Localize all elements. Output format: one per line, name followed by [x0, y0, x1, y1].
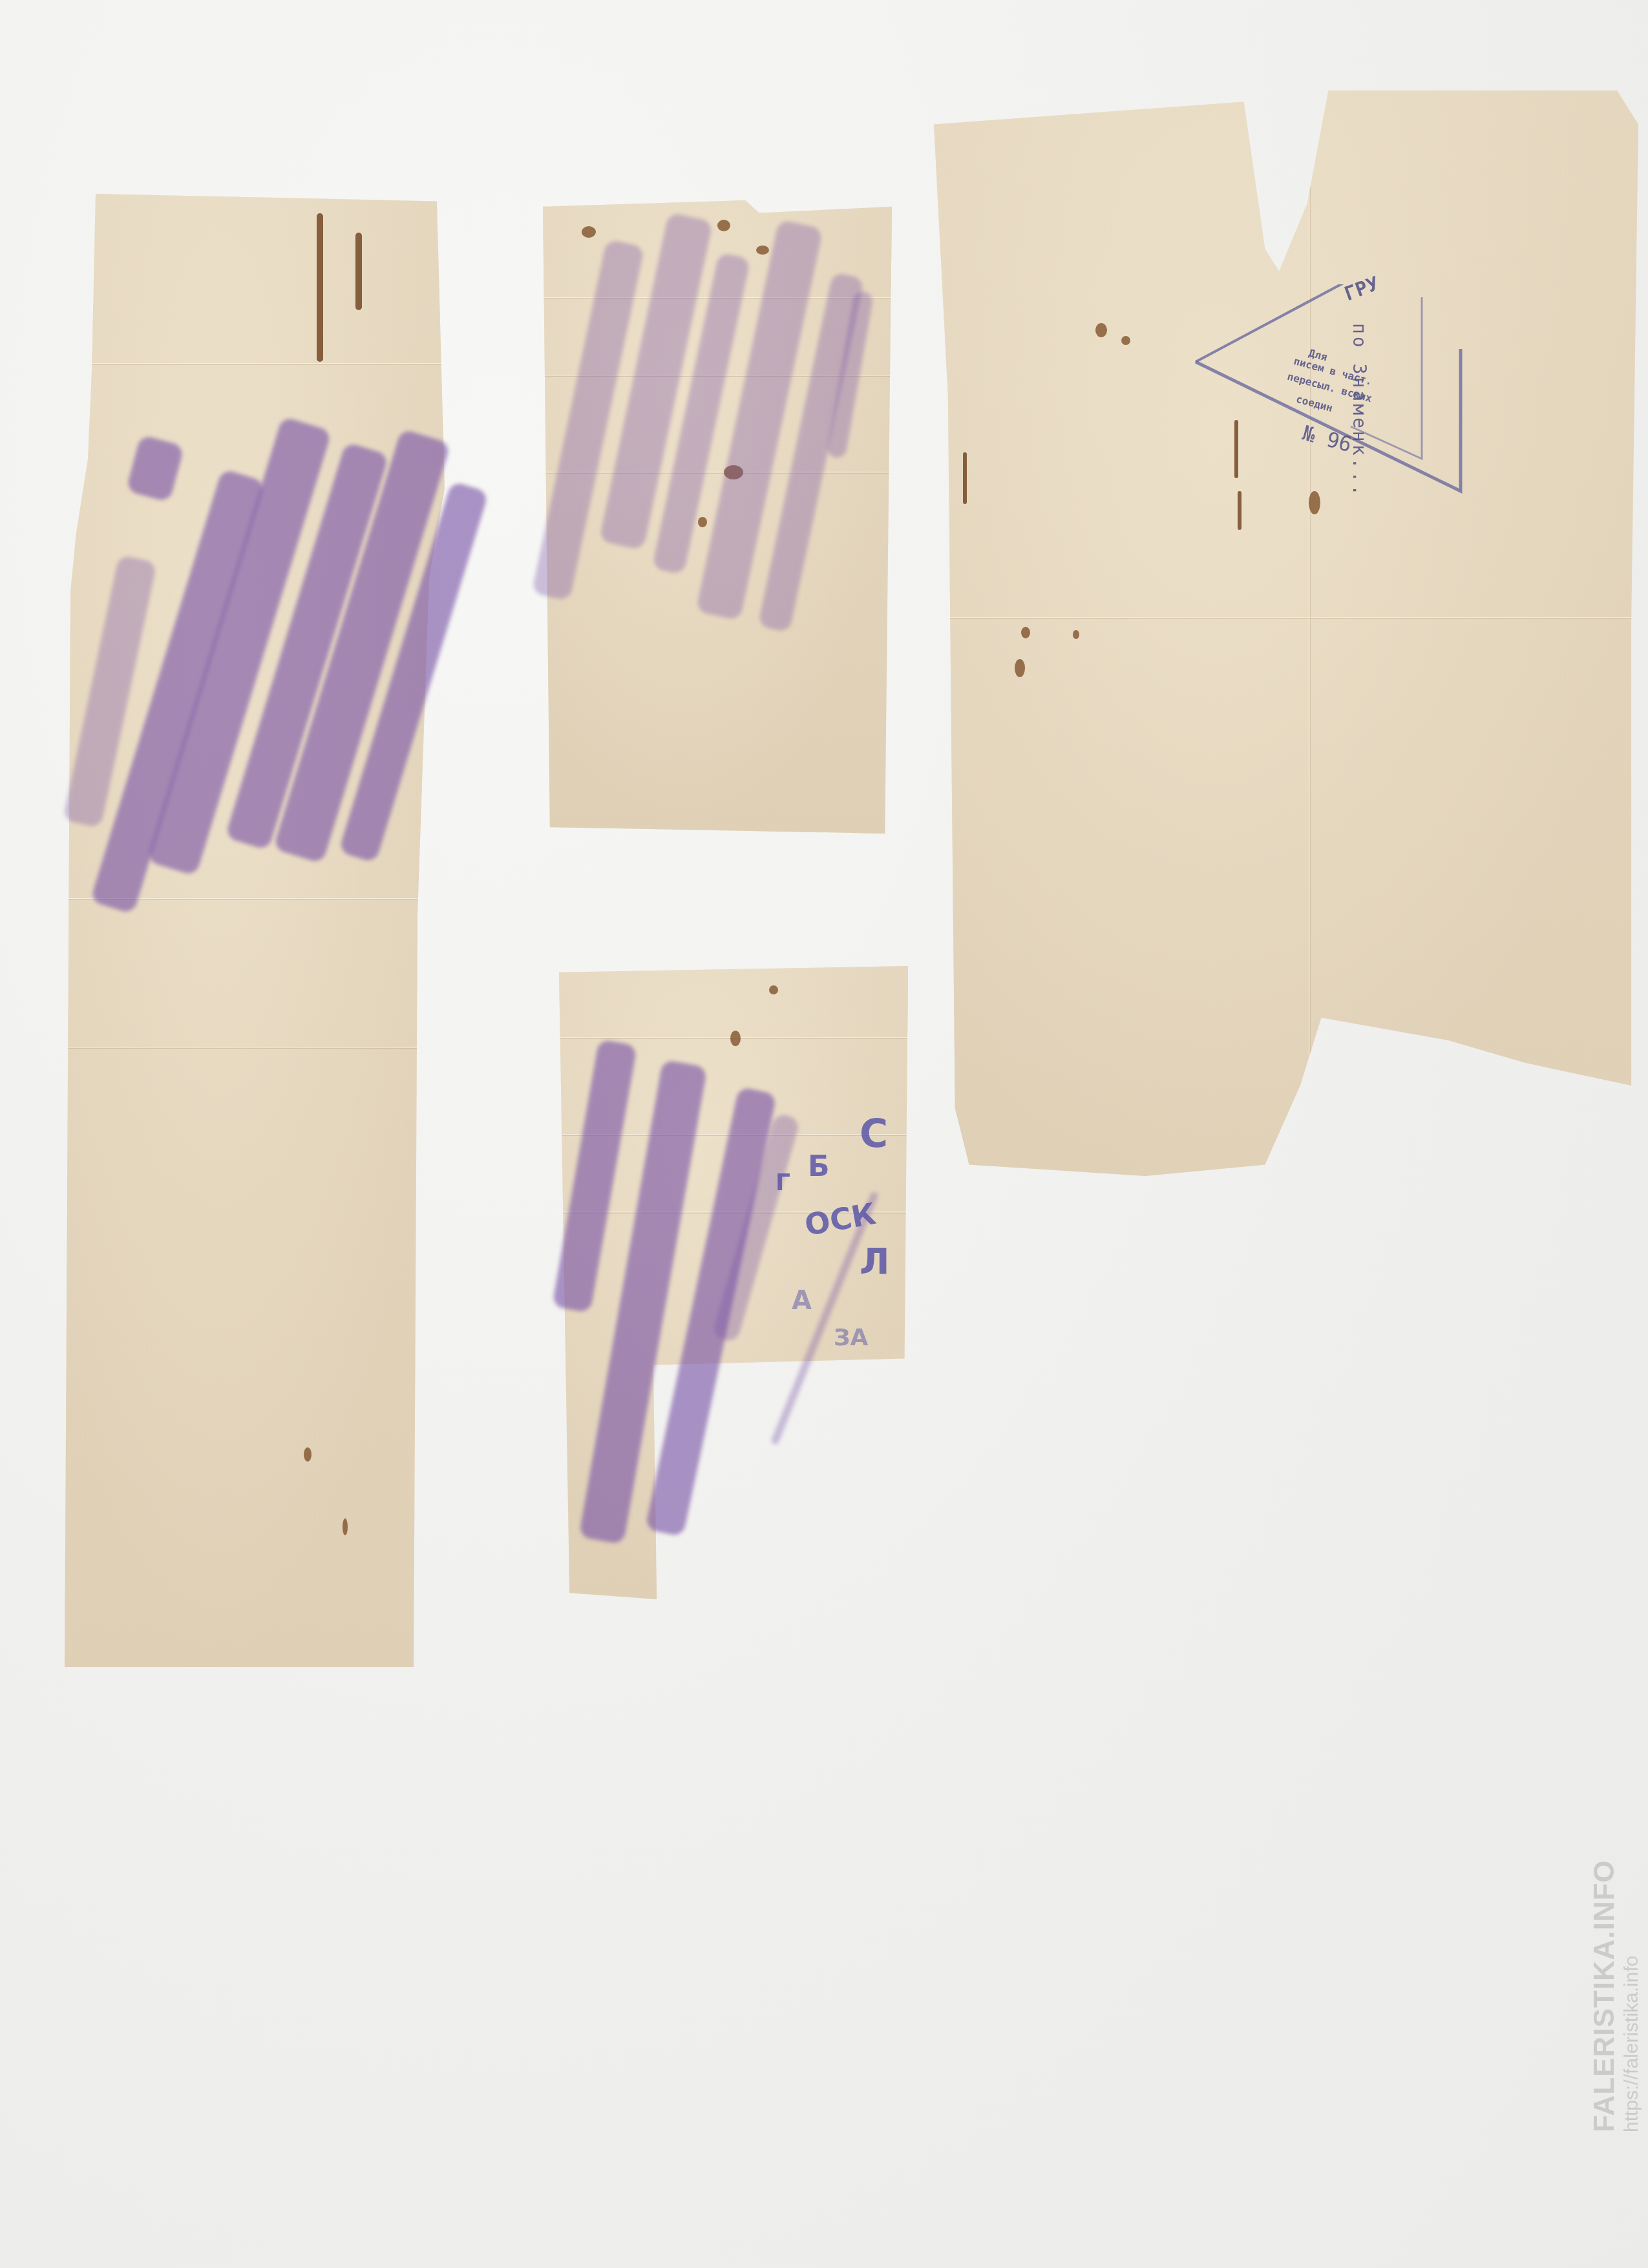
stamp-letter: Г	[776, 1170, 790, 1196]
stamp-letter: Л	[860, 1241, 890, 1283]
stamp-side-text: по Знаменк...	[1349, 323, 1370, 498]
stamp-letter: А	[792, 1286, 812, 1316]
stamp-letter: С	[860, 1111, 888, 1157]
triangle-field-post-stamp: ГРУ по Знаменк... Для писем в част. пере…	[1189, 284, 1474, 517]
paper-fragment-large-right	[934, 90, 1638, 1221]
watermark-url: https://faleristika.info	[1621, 1860, 1643, 2132]
paper-fragment-long-strip	[65, 194, 452, 1667]
stamp-letter: ЗА	[834, 1325, 868, 1351]
stamp-letter: Б	[808, 1150, 830, 1183]
triangle-stamp-outline-icon	[1189, 284, 1474, 517]
watermark: FALERISTIKA.INFO https://faleristika.inf…	[1589, 1860, 1643, 2132]
watermark-title: FALERISTIKA.INFO	[1589, 1860, 1621, 2132]
